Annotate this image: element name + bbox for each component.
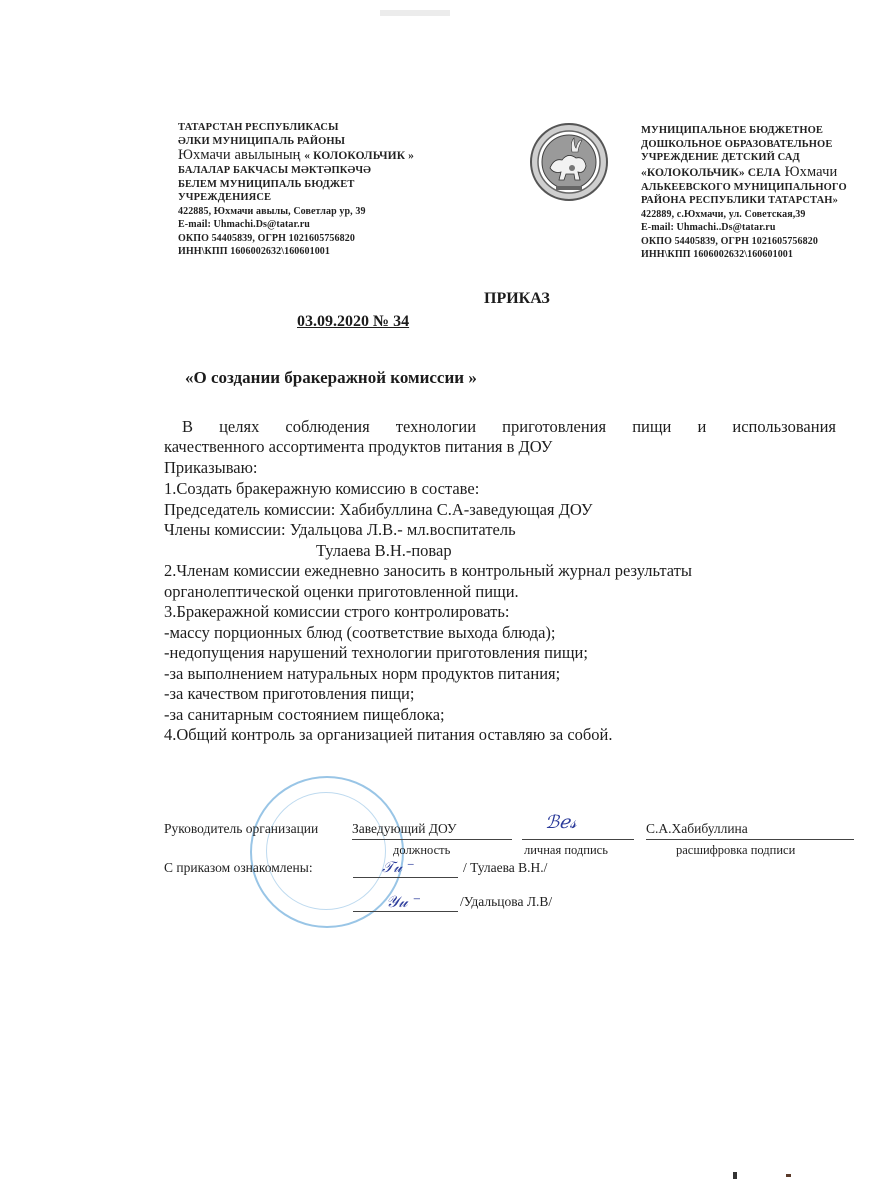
coat-of-arms-icon: [528, 122, 610, 202]
official-stamp: [250, 776, 404, 928]
header-left-line: БАЛАЛАР БАКЧАСЫ МӘКТӘПКӘЧӘ: [178, 164, 458, 178]
header-right-okpo: ОКПО 54405839, ОГРН 1021605756820: [641, 235, 871, 249]
caption-name: расшифровка подписи: [676, 843, 795, 858]
header-right-line: УЧРЕЖДЕНИЕ ДЕТСКИЙ САД: [641, 151, 871, 165]
acquainted-line-1: [353, 877, 458, 878]
header-left-line: ТАТАРСТАН РЕСПУБЛИКАСЫ: [178, 121, 458, 135]
order-item: -за выполнением натуральных норм продукт…: [164, 664, 844, 685]
header-right-address: 422889, с.Юхмачи, ул. Советская,39: [641, 208, 871, 222]
document-title: ПРИКАЗ: [484, 290, 550, 308]
preamble-line-2: качественного ассортимента продуктов пит…: [164, 437, 552, 458]
position-line: [352, 839, 512, 840]
acquainted-label: С приказом ознакомлены:: [164, 860, 313, 876]
acquainted-name-2: /Удальцова Л.В/: [460, 894, 552, 910]
order-item: 2.Членам комиссии ежедневно заносить в к…: [164, 561, 844, 582]
order-items: 1.Создать бракеражную комиссию в составе…: [164, 479, 844, 746]
header-right-line: МУНИЦИПАЛЬНОЕ БЮДЖЕТНОЕ: [641, 124, 871, 138]
header-left-line: УЧРЕЖДЕНИЯСЕ: [178, 191, 458, 205]
scan-artifact: [380, 10, 450, 16]
order-item: Председатель комиссии: Хабибуллина С.А-з…: [164, 500, 844, 521]
acquainted-name-1: / Тулаева В.Н./: [463, 860, 547, 876]
head-signature: ℬℯ𝓈: [545, 812, 576, 833]
head-label: Руководитель организации: [164, 821, 318, 837]
order-word: Приказываю:: [164, 458, 258, 479]
order-item: -за санитарным состоянием пищеблока;: [164, 705, 844, 726]
name-line: [646, 839, 854, 840]
order-item: Тулаева В.Н.-повар: [164, 541, 844, 562]
preamble-line-1: В целях соблюдения технологии приготовле…: [164, 417, 836, 438]
document-date-number: 03.09.2020 № 34: [297, 313, 409, 331]
scan-speck: [733, 1172, 737, 1179]
order-item: Члены комиссии: Удальцова Л.В.- мл.воспи…: [164, 520, 844, 541]
order-item: 3.Бракеражной комиссии строго контролиро…: [164, 602, 844, 623]
stamp-inner-ring: [266, 792, 386, 910]
village-prefix: Юхмачи авылының: [178, 147, 301, 163]
header-left-inn: ИНН\КПП 1606002632\160601001: [178, 245, 458, 259]
header-right-line: ДОШКОЛЬНОЕ ОБРАЗОВАТЕЛЬНОЕ: [641, 138, 871, 152]
order-item: 1.Создать бракеражную комиссию в составе…: [164, 479, 844, 500]
acquainted-signature-2: 𝒴𝓊 ⁻: [386, 892, 421, 912]
head-name: С.А.Хабибуллина: [646, 821, 748, 837]
caption-signature: личная подпись: [524, 843, 608, 858]
header-left-line: БЕЛЕМ МУНИЦИПАЛЬ БЮДЖЕТ: [178, 178, 458, 192]
header-left-village: Юхмачи авылының « КОЛОКОЛЬЧИК »: [178, 148, 458, 164]
order-item: -за качеством приготовления пищи;: [164, 684, 844, 705]
header-left-address: 422885, Юхмачи авылы, Советлар ур, 39: [178, 205, 458, 219]
header-left-okpo: ОКПО 54405839, ОГРН 1021605756820: [178, 232, 458, 246]
header-left-line: ӘЛКИ МУНИЦИПАЛЬ РАЙОНЫ: [178, 135, 458, 149]
signature-line: [522, 839, 634, 840]
header-right-email: E-mail: Uhmachi..Ds@tatar.ru: [641, 221, 871, 235]
header-right: МУНИЦИПАЛЬНОЕ БЮДЖЕТНОЕ ДОШКОЛЬНОЕ ОБРАЗ…: [641, 124, 871, 262]
order-item: -массу порционных блюд (соответствие вых…: [164, 623, 844, 644]
header-right-line: АЛЬКЕЕВСКОГО МУНИЦИПАЛЬНОГО: [641, 181, 871, 195]
village-name: « КОЛОКОЛЬЧИК »: [304, 150, 414, 162]
village-name: Юхмачи: [785, 164, 838, 180]
order-item: органолептической оценки приготовленной …: [164, 582, 844, 603]
head-position: Заведующий ДОУ: [352, 821, 457, 837]
header-left: ТАТАРСТАН РЕСПУБЛИКАСЫ ӘЛКИ МУНИЦИПАЛЬ Р…: [178, 121, 458, 259]
header-right-inn: ИНН\КПП 1606002632\160601001: [641, 248, 871, 262]
kindergarten-name: «КОЛОКОЛЬЧИК» СЕЛА: [641, 167, 781, 179]
header-right-name: «КОЛОКОЛЬЧИК» СЕЛА Юхмачи: [641, 165, 871, 181]
scan-speck: [786, 1174, 791, 1177]
acquainted-signature-1: 𝒯𝓊 ⁻: [382, 858, 415, 876]
document-subject: «О создании бракеражной комиссии »: [185, 368, 477, 388]
caption-position: должность: [393, 843, 450, 858]
order-item: -недопущения нарушений технологии пригот…: [164, 643, 844, 664]
header-left-email: E-mail: Uhmachi.Ds@tatar.ru: [178, 218, 458, 232]
order-item: 4.Общий контроль за организацией питания…: [164, 725, 844, 746]
header-right-line: РАЙОНА РЕСПУБЛИКИ ТАТАРСТАН»: [641, 194, 871, 208]
